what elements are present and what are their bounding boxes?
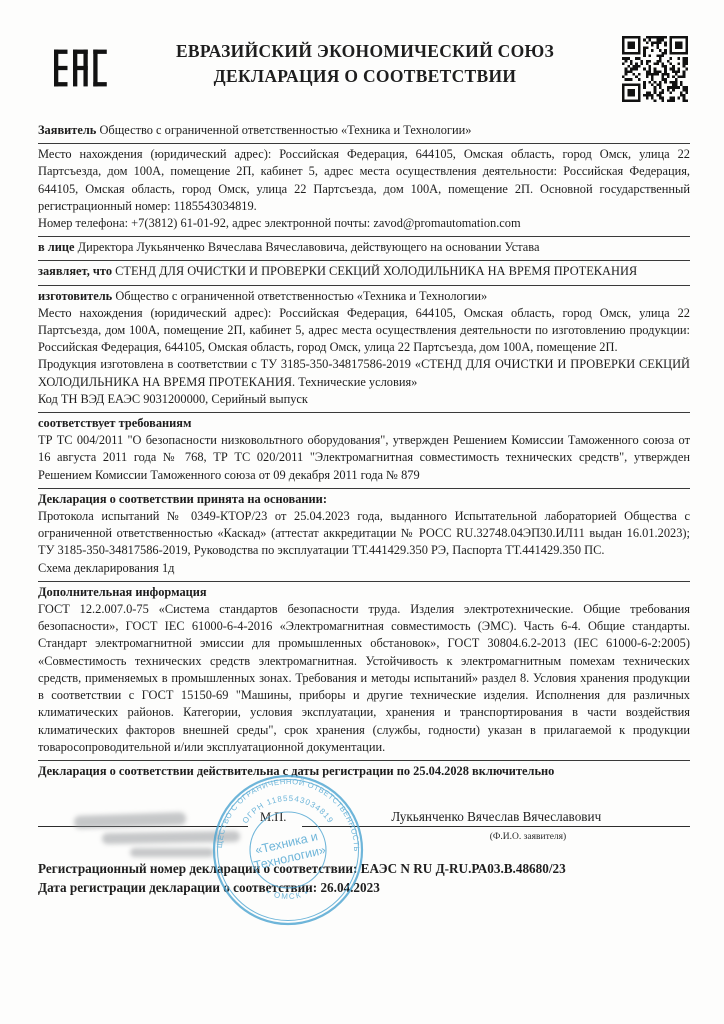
declaration-document: ЕВРАЗИЙСКИЙ ЭКОНОМИЧЕСКИЙ СОЮЗ ДЕКЛАРАЦИ… — [0, 0, 724, 1024]
section-additional-info: Дополнительная информация ГОСТ 12.2.007.… — [38, 581, 690, 760]
registration-block: Регистрационный номер декларации о соотв… — [38, 859, 690, 898]
product-name: СТЕНД ДЛЯ ОЧИСТКИ И ПРОВЕРКИ СЕКЦИЙ ХОЛО… — [115, 264, 637, 278]
section-in-person: в лице Директора Лукьянченко Вячеслава В… — [38, 236, 690, 260]
company-stamp: ОБЩЕСТВО С ОГРАНИЧЕННОЙ ОТВЕТСТВЕННОСТЬЮ… — [208, 770, 368, 930]
eac-mark-icon — [54, 36, 108, 100]
doc-header: ЕВРАЗИЙСКИЙ ЭКОНОМИЧЕСКИЙ СОЮЗ ДЕКЛАРАЦИ… — [38, 36, 690, 102]
manufacturer-line: изготовитель Общество с ограниченной отв… — [38, 288, 690, 305]
applicant-value: Общество с ограниченной ответственностью… — [99, 123, 471, 137]
section-compliance: соответствует требованиям ТР ТС 004/2011… — [38, 412, 690, 488]
declares-label: заявляет, что — [38, 264, 112, 278]
declaration-scheme: Схема декларирования 1д — [38, 560, 690, 577]
section-applicant: Заявитель Общество с ограниченной ответс… — [38, 120, 690, 143]
doc-body: Заявитель Общество с ограниченной ответс… — [38, 120, 690, 898]
manufacturer-address: Место нахождения (юридический адрес): Ро… — [38, 305, 690, 357]
manufacturer-label: изготовитель — [38, 289, 112, 303]
doc-title-line1: ЕВРАЗИЙСКИЙ ЭКОНОМИЧЕСКИЙ СОЮЗ — [108, 39, 622, 64]
basis-text: Протокола испытаний № 0349-КТОР/23 от 25… — [38, 508, 690, 560]
applicant-address: Место нахождения (юридический адрес): Ро… — [38, 146, 690, 215]
section-validity: Декларация о соответствии действительна … — [38, 760, 690, 784]
tnved-code: Код ТН ВЭД ЕАЭС 9031200000, Серийный вып… — [38, 391, 690, 408]
qr-code — [622, 36, 688, 102]
declares-line: заявляет, что СТЕНД ДЛЯ ОЧИСТКИ И ПРОВЕР… — [38, 263, 690, 280]
svg-text:«Техника и: «Техника и — [254, 829, 319, 857]
signature-block: ОБЩЕСТВО С ОГРАНИЧЕННОЙ ОТВЕТСТВЕННОСТЬЮ… — [38, 808, 690, 846]
section-applicant-details: Место нахождения (юридический адрес): Ро… — [38, 143, 690, 236]
doc-title: ЕВРАЗИЙСКИЙ ЭКОНОМИЧЕСКИЙ СОЮЗ ДЕКЛАРАЦИ… — [108, 36, 622, 88]
applicant-fio-line: Лукьянченко Вячеслав Вячеславович — [302, 808, 690, 827]
in-person-label: в лице — [38, 240, 75, 254]
in-person-line: в лице Директора Лукьянченко Вячеслава В… — [38, 239, 690, 256]
doc-title-line2: ДЕКЛАРАЦИЯ О СООТВЕТСТВИИ — [108, 64, 622, 89]
signature-stroke — [102, 831, 240, 844]
compliance-text: ТР ТС 004/2011 "О безопасности низковоль… — [38, 432, 690, 484]
applicant-label: Заявитель — [38, 123, 96, 137]
section-declares: заявляет, что СТЕНД ДЛЯ ОЧИСТКИ И ПРОВЕР… — [38, 260, 690, 284]
validity-line: Декларация о соответствии действительна … — [38, 763, 690, 780]
signature-stroke — [130, 848, 214, 857]
applicant-line: Заявитель Общество с ограниченной ответс… — [38, 122, 690, 139]
in-person-value: Директора Лукьянченко Вячеслава Вячеслав… — [78, 240, 540, 254]
registration-date: Дата регистрации декларации о соответств… — [38, 878, 690, 898]
registration-number: Регистрационный номер декларации о соотв… — [38, 859, 690, 879]
additional-heading: Дополнительная информация — [38, 584, 690, 601]
applicant-fio: Лукьянченко Вячеслав Вячеславович — [391, 809, 601, 824]
made-in-accordance: Продукция изготовлена в соответствии с Т… — [38, 356, 690, 390]
stamp-place-label: М.П. — [248, 809, 302, 827]
basis-heading: Декларация о соответствии принята на осн… — [38, 491, 690, 508]
applicant-phone: Номер телефона: +7(3812) 61-01-92, адрес… — [38, 215, 690, 232]
compliance-heading: соответствует требованиям — [38, 415, 690, 432]
section-basis: Декларация о соответствии принята на осн… — [38, 488, 690, 581]
fio-caption: (Ф.И.О. заявителя) — [338, 829, 718, 846]
additional-text: ГОСТ 12.2.007.0-75 «Система стандартов б… — [38, 601, 690, 756]
manufacturer-value: Общество с ограниченной ответственностью… — [115, 289, 487, 303]
section-manufacturer: изготовитель Общество с ограниченной отв… — [38, 285, 690, 412]
